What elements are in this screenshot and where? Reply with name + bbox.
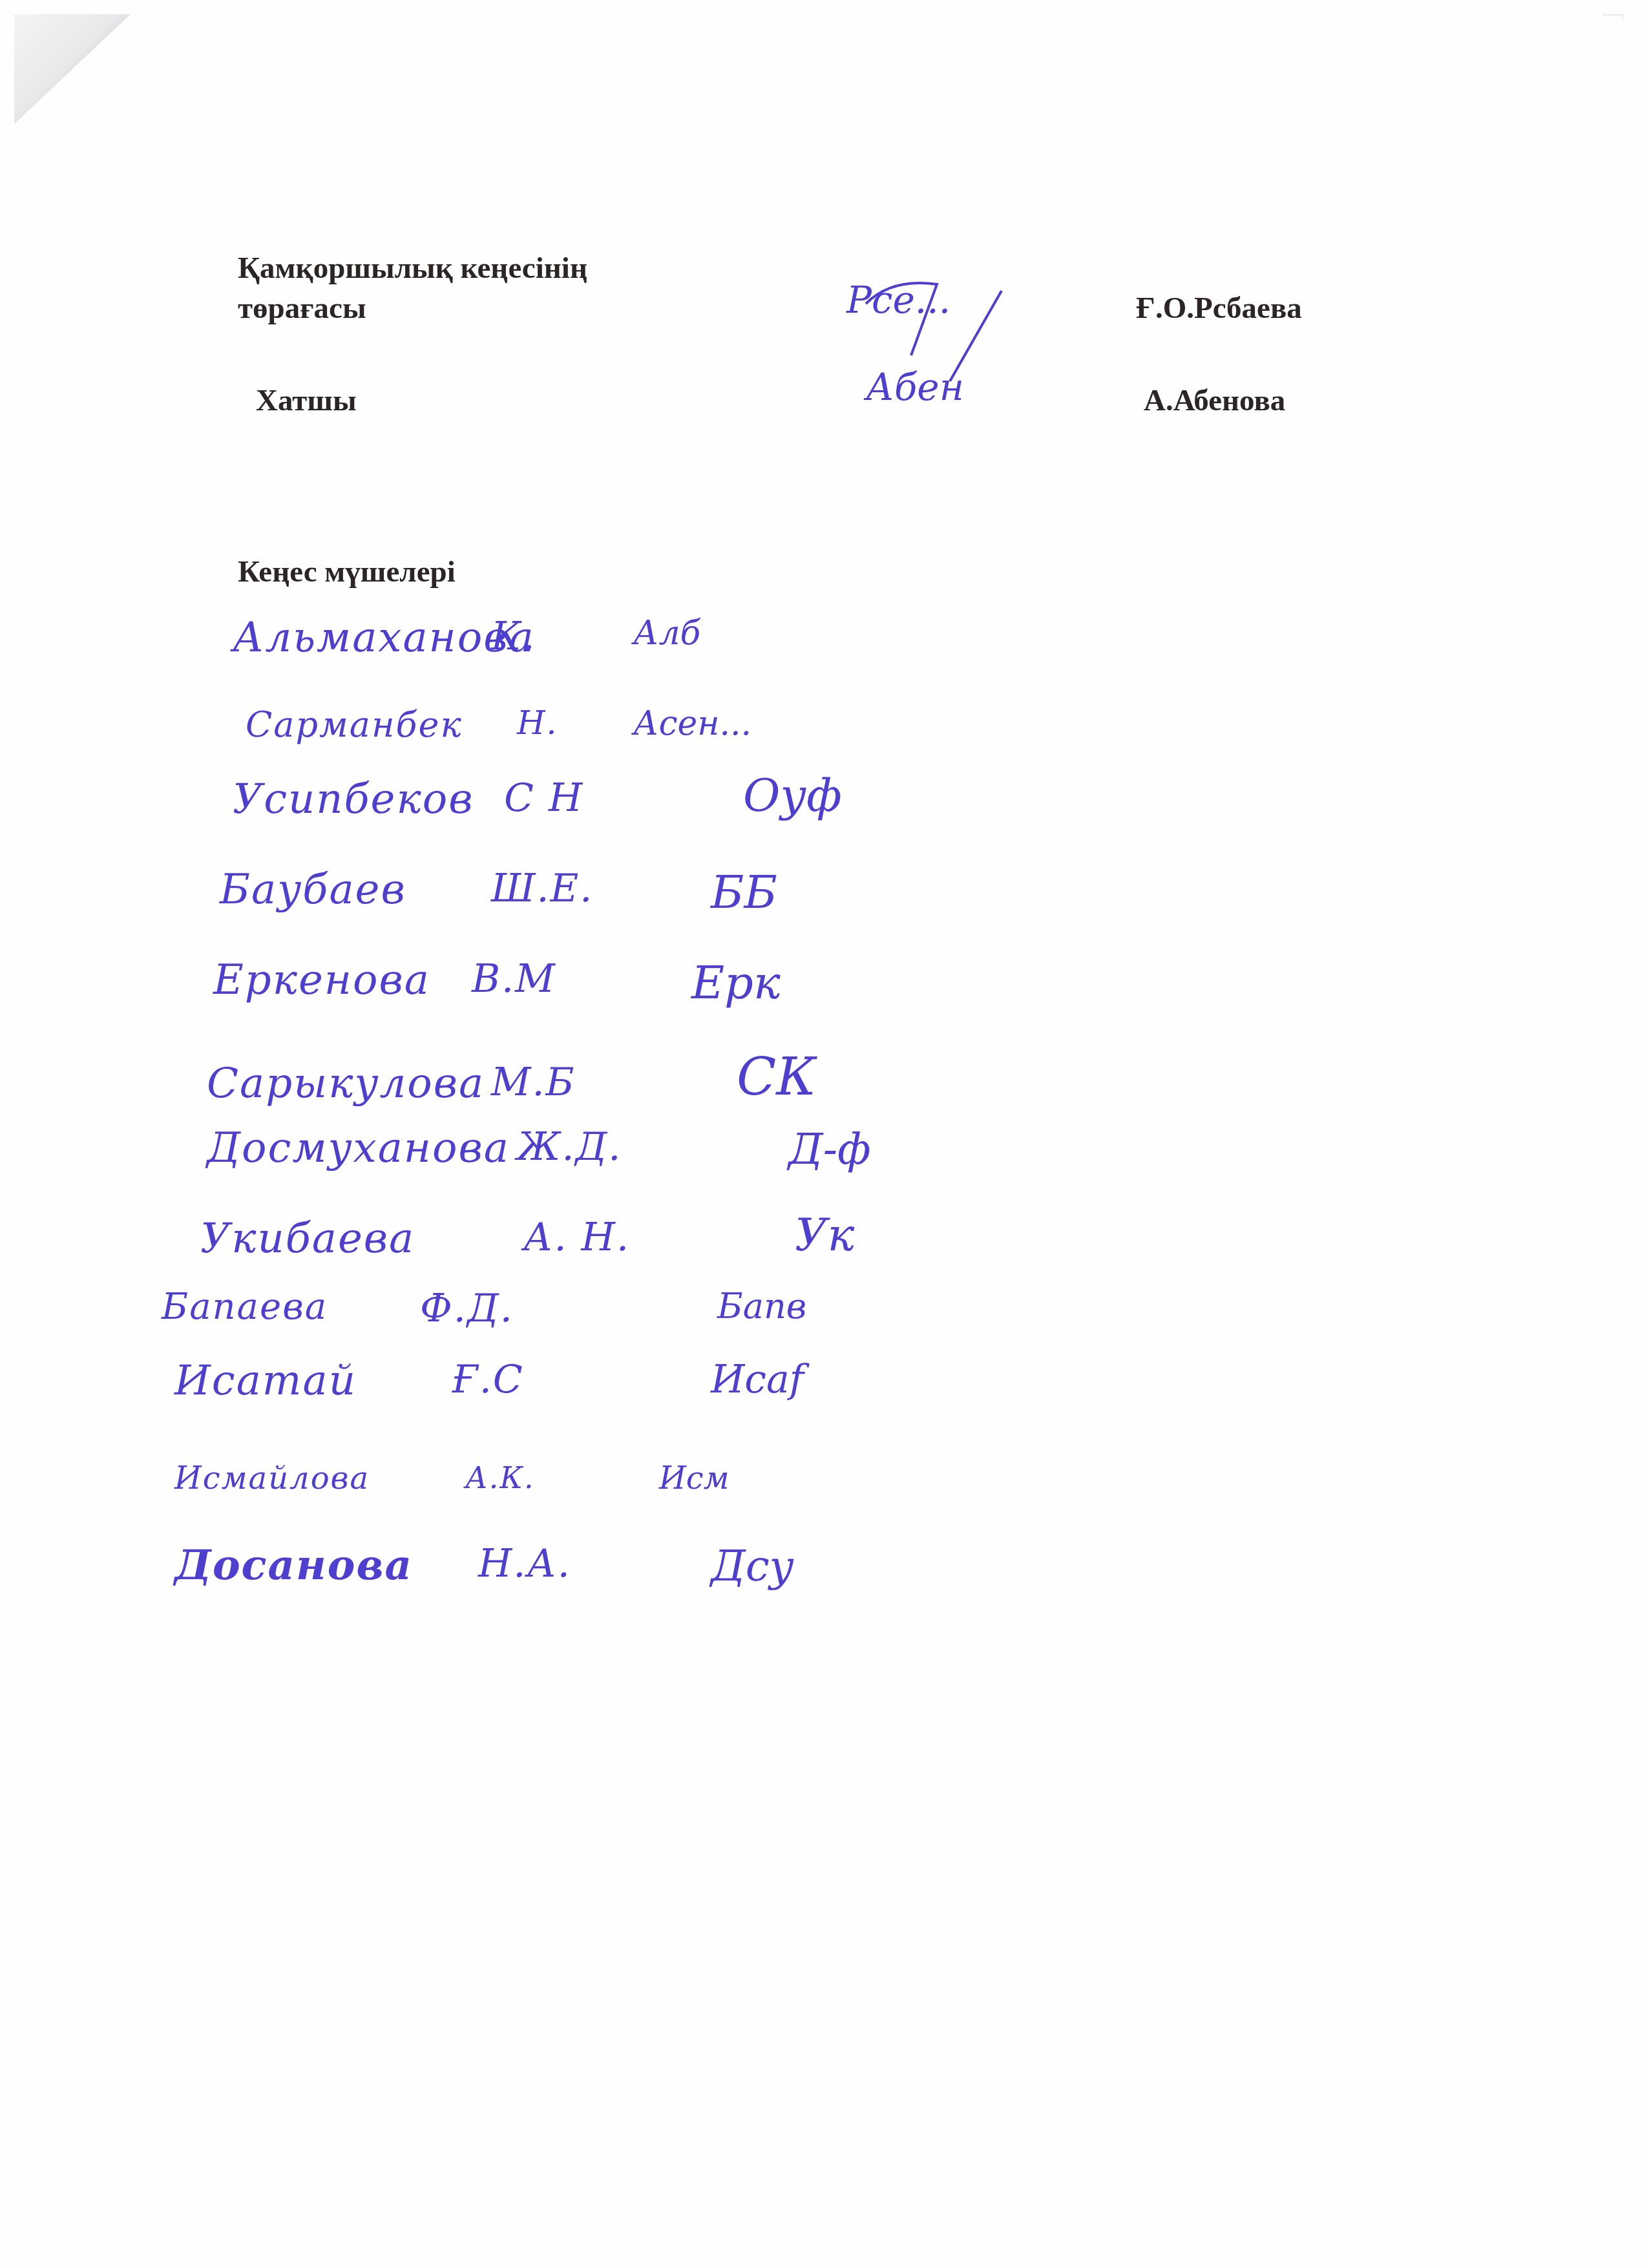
secretary-signature: Абен bbox=[866, 365, 964, 409]
folded-corner bbox=[14, 14, 131, 124]
member-signature: Ерк bbox=[691, 956, 781, 1009]
member-name: Еркенова bbox=[213, 956, 430, 1004]
member-name: Досанова bbox=[174, 1541, 413, 1590]
member-initials: К. bbox=[491, 614, 536, 659]
member-name: Бапаева bbox=[162, 1286, 328, 1328]
member-initials: М.Б bbox=[491, 1060, 576, 1105]
chair-title-line1: Қамқоршылық кеңесінің bbox=[238, 249, 587, 288]
secretary-title: Хатшы bbox=[256, 381, 357, 420]
member-name: Сарыкулова bbox=[207, 1060, 485, 1108]
member-name: Баубаев bbox=[220, 866, 406, 914]
member-initials: Н.А. bbox=[478, 1541, 571, 1586]
chair-title-line2: төрағасы bbox=[238, 289, 366, 328]
secretary-name: А.Абенова bbox=[1144, 381, 1285, 420]
member-initials: С Н bbox=[504, 775, 583, 821]
member-signature: Исаf bbox=[711, 1357, 804, 1402]
member-initials: Ф.Д. bbox=[420, 1286, 514, 1331]
member-signature: Бапв bbox=[717, 1286, 806, 1327]
member-signature: Ук bbox=[795, 1208, 854, 1261]
member-signature: Алб bbox=[633, 614, 700, 653]
member-signature: Исм bbox=[659, 1460, 730, 1496]
scanned-page: Қамқоршылық кеңесінің төрағасы Рсе... Ғ.… bbox=[0, 0, 1649, 2268]
member-name: Альмаханова bbox=[233, 614, 535, 662]
member-initials: А. Н. bbox=[523, 1215, 630, 1260]
member-initials: В.М bbox=[472, 956, 556, 1002]
member-name: Укибаева bbox=[200, 1215, 415, 1263]
scan-edge-mark bbox=[1602, 14, 1623, 19]
member-initials: А.К. bbox=[465, 1460, 535, 1495]
member-signature: Д-ф bbox=[788, 1124, 871, 1174]
member-signature: Дсу bbox=[711, 1541, 794, 1591]
chair-name: Ғ.О.Рсбаева bbox=[1136, 289, 1302, 328]
members-heading: Кеңес мүшелері bbox=[238, 552, 456, 591]
member-name: Досмуханова bbox=[207, 1124, 510, 1172]
member-signature: Асен... bbox=[633, 704, 751, 743]
member-signature: Оуф bbox=[743, 769, 842, 822]
member-initials: Ғ.С bbox=[452, 1357, 524, 1402]
member-initials: Ж.Д. bbox=[517, 1124, 622, 1170]
member-signature: СК bbox=[737, 1047, 816, 1107]
member-initials: Н. bbox=[517, 704, 558, 742]
member-initials: Ш.Е. bbox=[491, 866, 593, 911]
member-name: Исмайлова bbox=[174, 1460, 370, 1496]
member-name: Исатай bbox=[174, 1357, 357, 1405]
member-name: Усипбеков bbox=[233, 775, 474, 823]
member-name: Сарманбек bbox=[246, 704, 463, 745]
chair-signature: Рсе... bbox=[846, 278, 951, 322]
member-signature: ББ bbox=[711, 866, 777, 919]
